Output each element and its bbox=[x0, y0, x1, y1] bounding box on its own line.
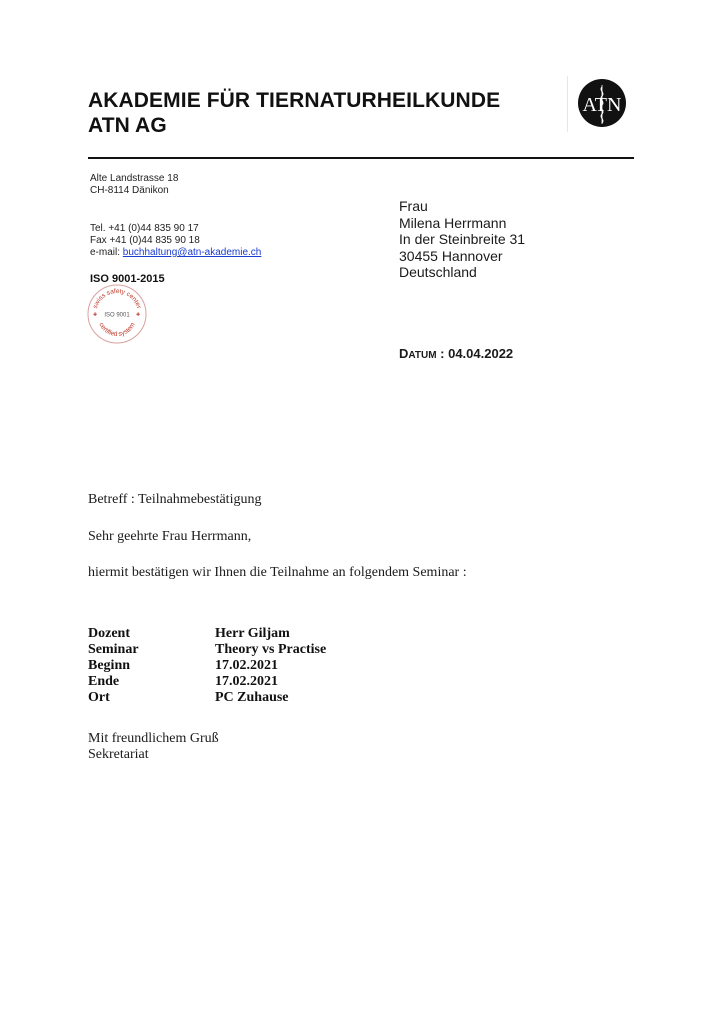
letter-date: DATUM : 04.04.2022 bbox=[399, 346, 513, 361]
header-rule bbox=[88, 157, 634, 159]
recipient-address: Frau Milena Herrmann In der Steinbreite … bbox=[399, 198, 525, 281]
date-label-rest: ATUM bbox=[408, 350, 436, 361]
iso-certification-seal-icon: swiss safety center ISO 9001 certified s… bbox=[86, 283, 148, 345]
sender-tel: Tel. +41 (0)44 835 90 17 bbox=[90, 223, 261, 235]
svg-text:✚: ✚ bbox=[93, 312, 97, 318]
detail-row: Beginn17.02.2021 bbox=[88, 658, 326, 674]
company-name: AKADEMIE FÜR TIERNATURHEILKUNDE bbox=[88, 88, 500, 113]
svg-text:✚: ✚ bbox=[136, 312, 140, 318]
recipient-street: In der Steinbreite 31 bbox=[399, 231, 525, 248]
sender-email-row: e-mail: buchhaltung@atn-akademie.ch bbox=[90, 247, 261, 259]
svg-text:ISO 9001: ISO 9001 bbox=[104, 313, 130, 319]
closing-line: Mit freundlichem Gruß bbox=[88, 731, 219, 747]
email-link[interactable]: buchhaltung@atn-akademie.ch bbox=[123, 247, 262, 258]
sender-city: CH-8114 Dänikon bbox=[90, 185, 178, 197]
header-divider bbox=[567, 76, 568, 132]
letterhead-title: AKADEMIE FÜR TIERNATURHEILKUNDE ATN AG bbox=[88, 88, 500, 138]
closing: Mit freundlichem Gruß Sekretariat bbox=[88, 731, 219, 763]
detail-label: Dozent bbox=[88, 626, 215, 642]
recipient-salutation: Frau bbox=[399, 198, 525, 215]
detail-row: DozentHerr Giljam bbox=[88, 626, 326, 642]
sender-street: Alte Landstrasse 18 bbox=[90, 173, 178, 185]
detail-label: Beginn bbox=[88, 658, 215, 674]
sender-contact: Tel. +41 (0)44 835 90 17 Fax +41 (0)44 8… bbox=[90, 223, 261, 259]
seminar-details: DozentHerr GiljamSeminarTheory vs Practi… bbox=[88, 626, 326, 706]
company-suffix: ATN AG bbox=[88, 113, 500, 138]
detail-label: Seminar bbox=[88, 642, 215, 658]
intro-text: hiermit bestätigen wir Ihnen die Teilnah… bbox=[88, 564, 467, 581]
detail-row: OrtPC Zuhause bbox=[88, 690, 326, 706]
detail-value: 17.02.2021 bbox=[215, 674, 326, 690]
atn-logo-icon: ATN bbox=[577, 78, 627, 128]
recipient-country: Deutschland bbox=[399, 264, 525, 281]
date-separator: : bbox=[437, 346, 449, 361]
detail-value: Theory vs Practise bbox=[215, 642, 326, 658]
email-label: e-mail: bbox=[90, 247, 123, 258]
detail-label: Ort bbox=[88, 690, 215, 706]
sender-fax: Fax +41 (0)44 835 90 18 bbox=[90, 235, 261, 247]
detail-label: Ende bbox=[88, 674, 215, 690]
date-value: 04.04.2022 bbox=[448, 346, 513, 361]
detail-row: SeminarTheory vs Practise bbox=[88, 642, 326, 658]
signature: Sekretariat bbox=[88, 747, 219, 763]
greeting: Sehr geehrte Frau Herrmann, bbox=[88, 528, 251, 545]
detail-value: 17.02.2021 bbox=[215, 658, 326, 674]
detail-value: PC Zuhause bbox=[215, 690, 326, 706]
detail-value: Herr Giljam bbox=[215, 626, 326, 642]
detail-row: Ende17.02.2021 bbox=[88, 674, 326, 690]
date-label-initial: D bbox=[399, 346, 408, 361]
subject-line: Betreff : Teilnahmebestätigung bbox=[88, 491, 261, 508]
sender-address: Alte Landstrasse 18 CH-8114 Dänikon bbox=[90, 173, 178, 197]
recipient-name: Milena Herrmann bbox=[399, 215, 525, 232]
recipient-city: 30455 Hannover bbox=[399, 248, 525, 265]
